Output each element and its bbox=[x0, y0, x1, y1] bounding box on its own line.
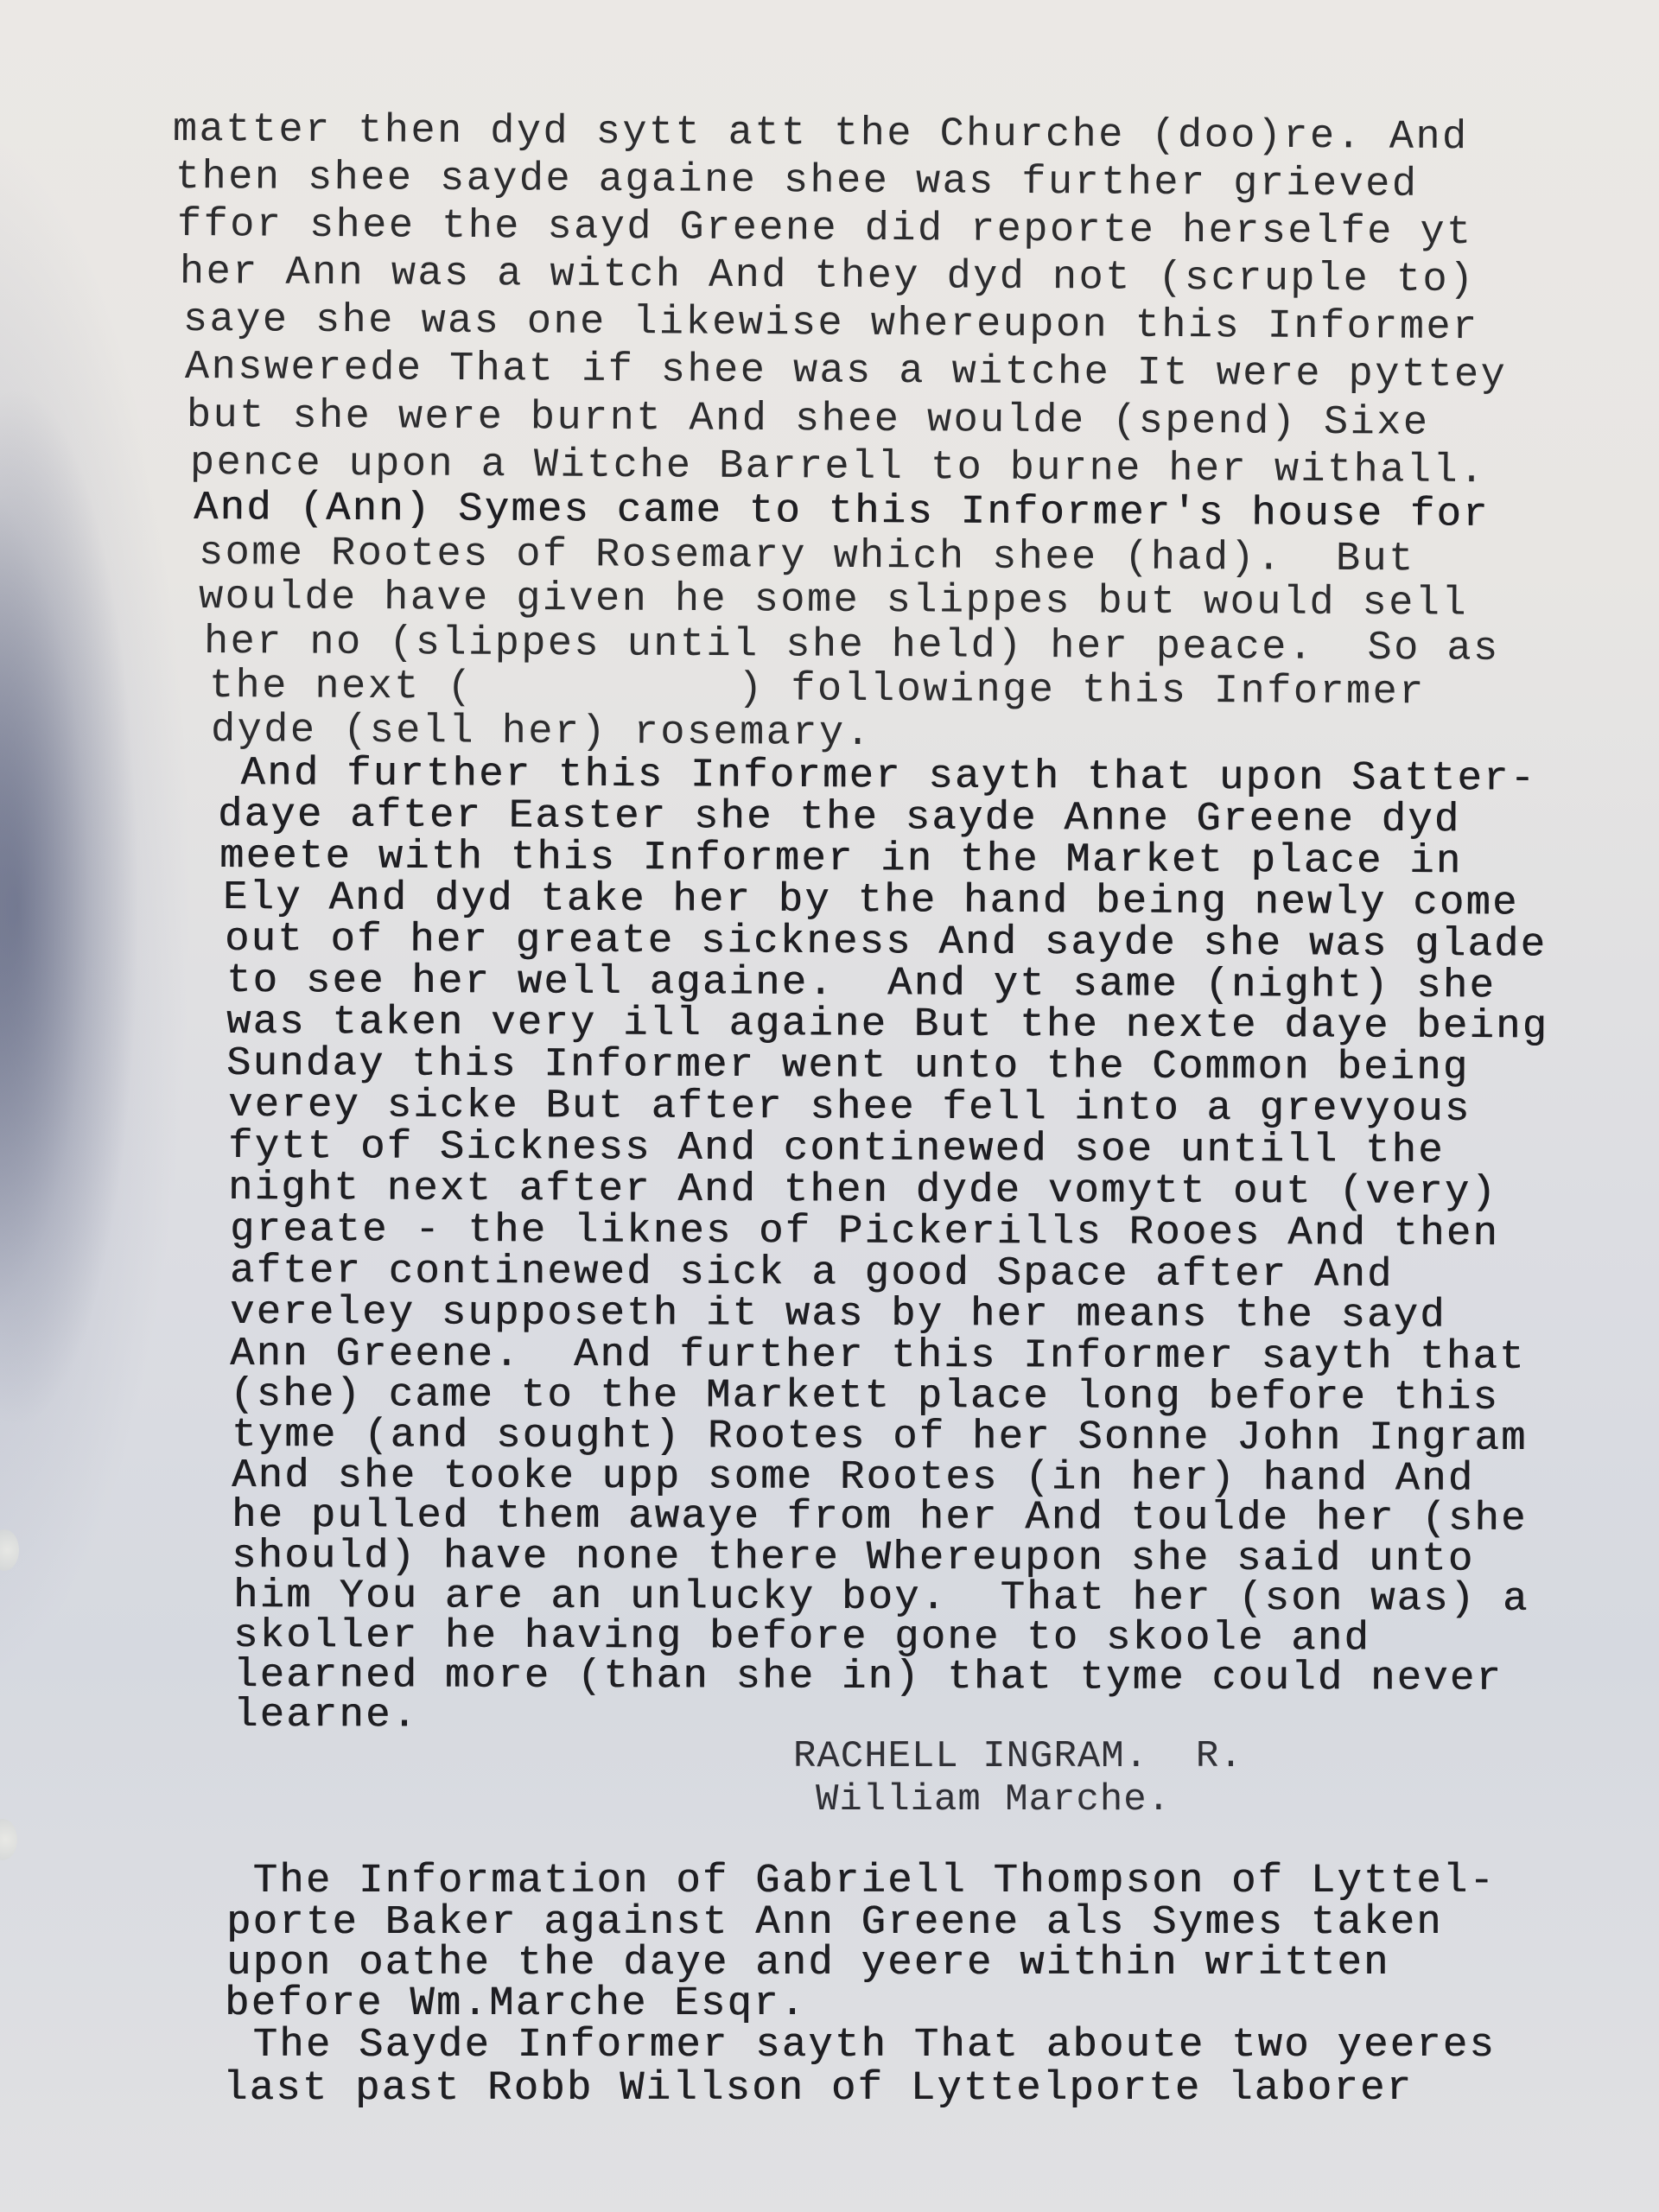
information-heading-line: The Information of Gabriell Thompson of … bbox=[226, 1859, 1496, 1904]
text-line: saye she was one likewise whereupon this… bbox=[183, 298, 1479, 351]
information-heading-line: before Wm.Marche Esqr. bbox=[225, 1982, 806, 2027]
text-line: ffor shee the sayd Greene did reporte he… bbox=[177, 203, 1473, 256]
page-shadow bbox=[0, 389, 190, 1599]
text-line: learne. bbox=[233, 1694, 418, 1738]
text-line: The Sayde Informer sayth That aboute two… bbox=[226, 2024, 1496, 2069]
text-line: last past Robb Willson of Lyttelporte la… bbox=[223, 2067, 1413, 2112]
document-page: matter then dyd sytt att the Churche (do… bbox=[0, 0, 1659, 2212]
text-line: dyde (sell her) rosemary. bbox=[211, 709, 872, 757]
text-line: Answerede That if shee was a witche It w… bbox=[185, 346, 1508, 398]
text-line: learned more (than she in) that tyme cou… bbox=[233, 1654, 1503, 1702]
signature-informant: RACHELL INGRAM. R. bbox=[793, 1735, 1243, 1778]
text-line: matter then dyd sytt att the Churche (do… bbox=[173, 108, 1469, 161]
information-heading-line: porte Baker against Ann Greene als Symes… bbox=[226, 1901, 1443, 1946]
signature-justice: William Marche. bbox=[816, 1778, 1171, 1821]
text-line: but she were burnt And shee woulde (spen… bbox=[187, 394, 1430, 447]
text-line: then shee sayde againe shee was further … bbox=[175, 156, 1419, 208]
punch-hole bbox=[0, 1819, 17, 1860]
text-line: her Ann was a witch And they dyd not (sc… bbox=[180, 251, 1476, 303]
punch-hole bbox=[0, 1529, 19, 1571]
information-heading-line: upon oathe the daye and yeere within wri… bbox=[226, 1942, 1390, 1986]
text-line: And (Ann) Symes came to this Informer's … bbox=[194, 486, 1490, 538]
text-line: woulde have given he some slippes but wo… bbox=[199, 575, 1468, 627]
